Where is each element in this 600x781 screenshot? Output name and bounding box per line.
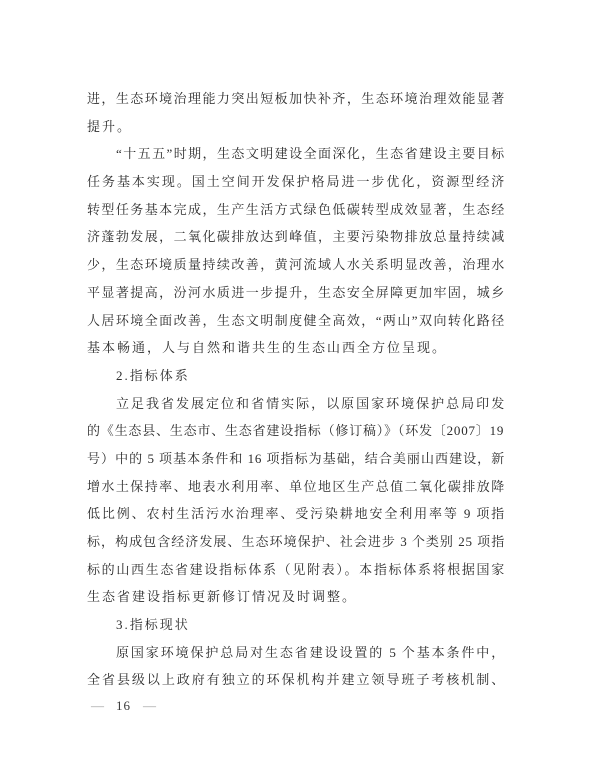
text-line: 少，生态环境质量持续改善，黄河流域人水关系明显改善，治理水 (87, 251, 505, 279)
text-line: 提升。 (87, 113, 505, 141)
text-line: 3.指标现状 (87, 611, 505, 639)
text-line: 低比例、农村生活污水治理率、受污染耕地安全利用率等 9 项指 (87, 500, 505, 528)
text-line: 济蓬勃发展，二氧化碳排放达到峰值，主要污染物排放总量持续减 (87, 223, 505, 251)
text-line: 全省县级以上政府有独立的环保机构并建立领导班子考核机制、 (87, 666, 505, 694)
text-line: 转型任务基本完成，生产生活方式绿色低碳转型成效显著，生态经 (87, 196, 505, 224)
text-line: 生态省建设指标更新修订情况及时调整。 (87, 583, 505, 611)
footer-dash-left: — (91, 696, 104, 716)
text-line: 平显著提高，汾河水质进一步提升，生态安全屏障更加牢固，城乡 (87, 279, 505, 307)
text-line: 立足我省发展定位和省情实际，以原国家环境保护总局印发 (87, 390, 505, 418)
text-line: 增水土保持率、地表水利用率、单位地区生产总值二氧化碳排放降 (87, 473, 505, 501)
text-line: 2.指标体系 (87, 362, 505, 390)
text-line: “十五五”时期，生态文明建设全面深化，生态省建设主要目标 (87, 140, 505, 168)
text-line: 任务基本实现。国土空间开发保护格局进一步优化，资源型经济 (87, 168, 505, 196)
text-line: 号）中的 5 项基本条件和 16 项指标为基础，结合美丽山西建设，新 (87, 445, 505, 473)
text-line: 进，生态环境治理能力突出短板加快补齐，生态环境治理效能显著 (87, 85, 505, 113)
text-line: 标，构成包含经济发展、生态环境保护、社会进步 3 个类别 25 项指 (87, 528, 505, 556)
page-footer: — 16 — (91, 696, 156, 716)
document-body: 进，生态环境治理能力突出短板加快补齐，生态环境治理效能显著提升。“十五五”时期，… (87, 85, 505, 694)
footer-dash-right: — (143, 696, 156, 716)
page-number: 16 (116, 696, 131, 716)
text-line: 标的山西生态省建设指标体系（见附表）。本指标体系将根据国家 (87, 556, 505, 584)
document-page: 进，生态环境治理能力突出短板加快补齐，生态环境治理效能显著提升。“十五五”时期，… (0, 0, 600, 781)
text-line: 人居环境全面改善，生态文明制度健全高效，“两山”双向转化路径 (87, 307, 505, 335)
text-line: 原国家环境保护总局对生态省建设设置的 5 个基本条件中， (87, 639, 505, 667)
text-line: 基本畅通，人与自然和谐共生的生态山西全方位呈现。 (87, 334, 505, 362)
text-line: 的《生态县、生态市、生态省建设指标（修订稿）》（环发〔2007〕195 (87, 417, 505, 445)
